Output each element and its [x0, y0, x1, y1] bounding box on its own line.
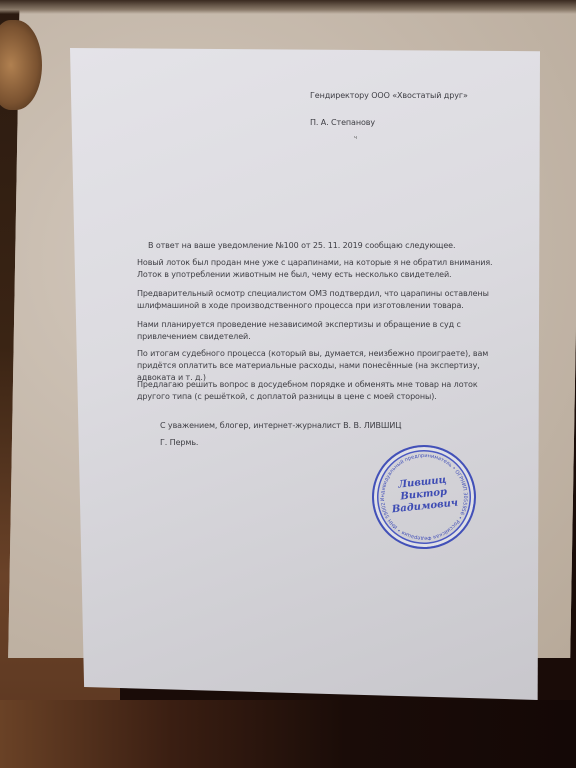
signature-line: С уважением, блогер, интернет-журналист …: [160, 420, 401, 432]
recipient-line-1: Гендиректору ООО «Хвостатый друг»: [310, 90, 468, 102]
background-top-shadow: [0, 0, 576, 14]
city-line: Г. Пермь.: [160, 437, 198, 449]
official-stamp: Индивидуальный предприниматель • ОГРНИП …: [367, 440, 481, 554]
small-mark: ч: [354, 135, 357, 141]
recipient-line-2: П. А. Степанову: [310, 117, 468, 129]
recipient-block: Гендиректору ООО «Хвостатый друг» П. А. …: [310, 90, 468, 144]
paragraph-5: Предлагаю решить вопрос в досудебном пор…: [137, 379, 507, 403]
paragraph-3: Нами планируется проведение независимой …: [137, 319, 507, 343]
paragraph-intro: В ответ на ваше уведомление №100 от 25. …: [148, 240, 518, 252]
background-bottom: [0, 700, 576, 768]
paragraph-2: Предварительный осмотр специалистом ОМЗ …: [137, 288, 507, 312]
paragraph-1: Новый лоток был продан мне уже с царапин…: [137, 257, 507, 281]
